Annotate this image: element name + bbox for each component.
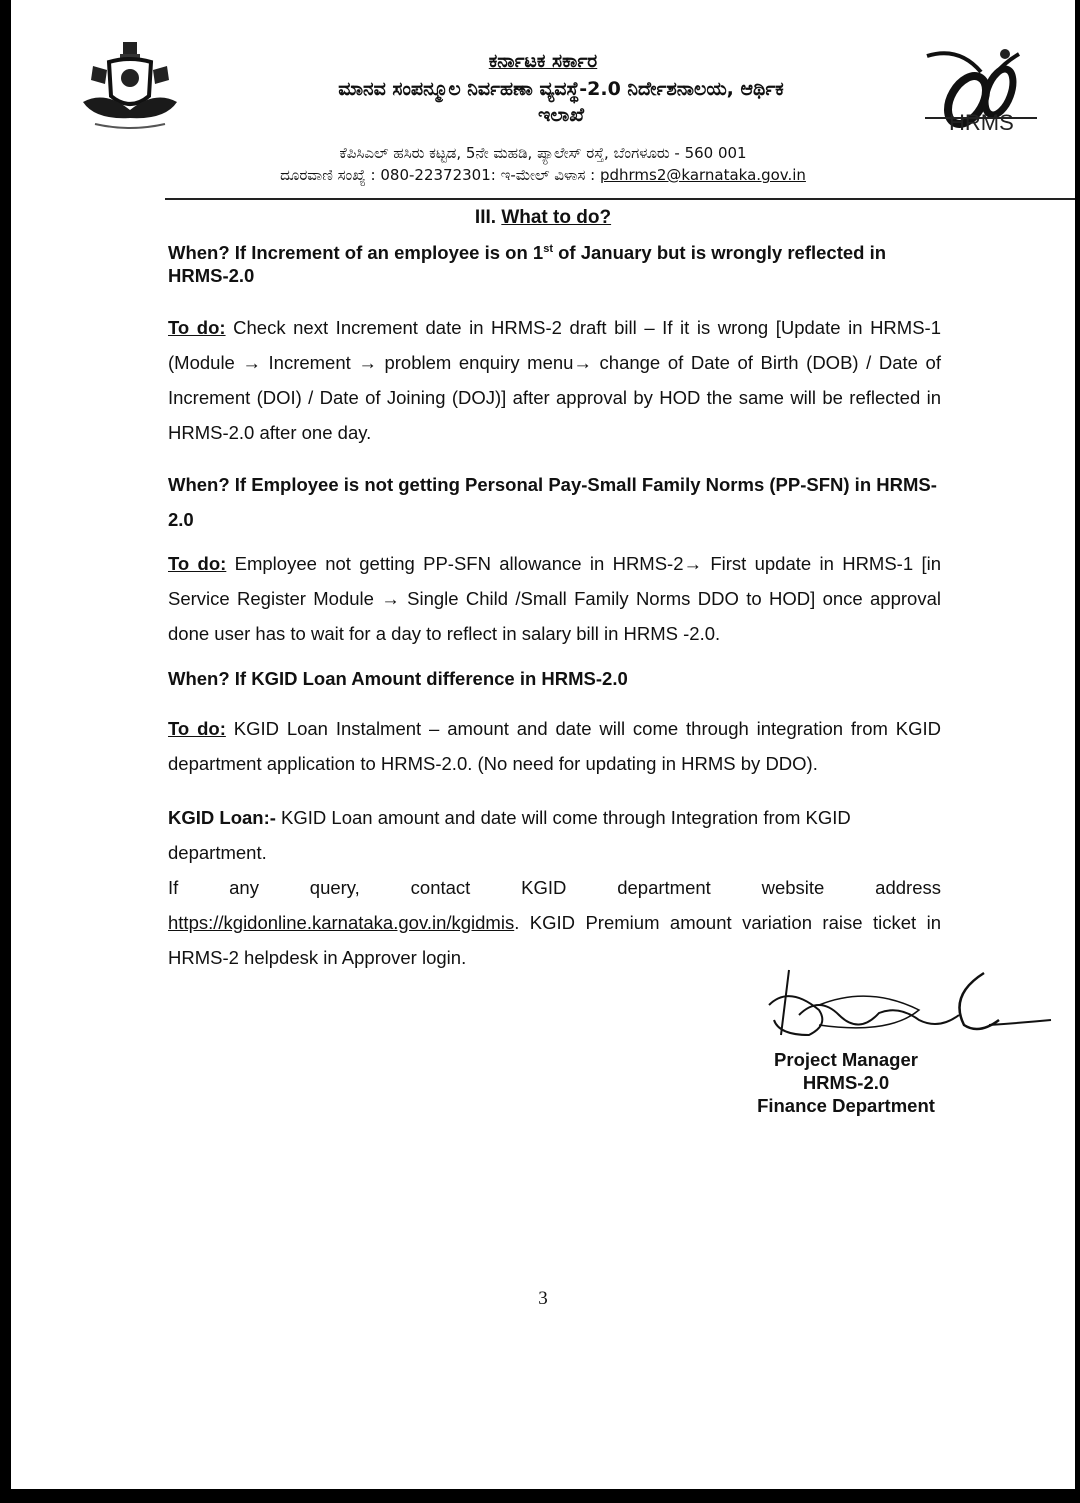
- todo-text: Employee not getting PP-SFN allowance in…: [168, 553, 941, 644]
- header-address-block: ಕೆಪಿಸಿಎಲ್ ಹಸಿರು ಕಟ್ಟಡ, 5ನೇ ಮಹಡಿ, ಪ್ಯಾಲೇಸ…: [11, 142, 1075, 186]
- todo-kgid: To do: KGID Loan Instalment – amount and…: [168, 711, 941, 781]
- todo-label: To do:: [168, 317, 226, 338]
- kgid-loan-note: KGID Loan:- KGID Loan amount and date wi…: [168, 800, 941, 870]
- todo-text: KGID Loan Instalment – amount and date w…: [168, 718, 941, 774]
- signatory-title: Project Manager: [726, 1048, 966, 1071]
- todo-text: Check next Increment date in HRMS-2 draf…: [168, 317, 941, 443]
- email-link[interactable]: pdhrms2@karnataka.gov.in: [600, 166, 806, 184]
- hrms-logo: HRMS: [919, 42, 1039, 132]
- government-name: ಕರ್ನಾಟಕ ಸರ್ಕಾರ: [11, 50, 1075, 72]
- when-heading-increment: When? If Increment of an employee is on …: [168, 241, 941, 287]
- hrms-figure-icon: HRMS: [919, 42, 1039, 132]
- todo-label: To do:: [168, 553, 226, 574]
- contact-line: ದೂರವಾಣಿ ಸಂಖ್ಯೆ : 080-22372301: ಇ-ಮೇಲ್ ವಿ…: [11, 164, 1075, 186]
- todo-label: To do:: [168, 718, 226, 739]
- signatory-unit: HRMS-2.0: [726, 1071, 966, 1094]
- directorate-line-1: ಮಾನವ ಸಂಪನ್ಮೂಲ ನಿರ್ವಹಣಾ ವ್ಯವಸ್ಥೆ-2.0 ನಿರ್…: [226, 76, 896, 102]
- office-address: ಕೆಪಿಸಿಎಲ್ ಹಸಿರು ಕಟ್ಟಡ, 5ನೇ ಮಹಡಿ, ಪ್ಯಾಲೇಸ…: [11, 142, 1075, 164]
- phone-label: ದೂರವಾಣಿ ಸಂಖ್ಯೆ : 080-22372301: ಇ-ಮೇಲ್ ವಿ…: [280, 166, 600, 184]
- directorate-name: ಮಾನವ ಸಂಪನ್ಮೂಲ ನಿರ್ವಹಣಾ ವ್ಯವಸ್ಥೆ-2.0 ನಿರ್…: [226, 76, 896, 128]
- svg-text:HRMS: HRMS: [949, 110, 1014, 132]
- signatory-department: Finance Department: [726, 1094, 966, 1117]
- section-number: III.: [475, 207, 501, 228]
- section-title-text: What to do?: [501, 207, 611, 228]
- signature-block: Project Manager HRMS-2.0 Finance Departm…: [726, 1048, 966, 1117]
- page-number: 3: [11, 1288, 1075, 1310]
- todo-ppsfn: To do: Employee not getting PP-SFN allow…: [168, 546, 941, 651]
- section-title: III. What to do?: [11, 207, 1075, 229]
- when-heading-ppsfn: When? If Employee is not getting Persona…: [168, 467, 941, 537]
- kgid-query-line: If any query, contact KGID department we…: [168, 870, 941, 905]
- directorate-line-2: ಇಲಾಖೆ: [226, 102, 896, 128]
- when-heading-kgid: When? If KGID Loan Amount difference in …: [168, 661, 941, 696]
- document-page: ಕರ್ನಾಟಕ ಸರ್ಕಾರ ಮಾನವ ಸಂಪನ್ಮೂಲ ನಿರ್ವಹಣಾ ವ್…: [11, 0, 1075, 1489]
- signature-icon: [759, 965, 1059, 1045]
- kgid-website-link[interactable]: https://kgidonline.karnataka.gov.in/kgid…: [168, 912, 514, 933]
- kgid-loan-label: KGID Loan:-: [168, 807, 276, 828]
- todo-increment: To do: Check next Increment date in HRMS…: [168, 310, 941, 450]
- header-divider: [165, 198, 1075, 200]
